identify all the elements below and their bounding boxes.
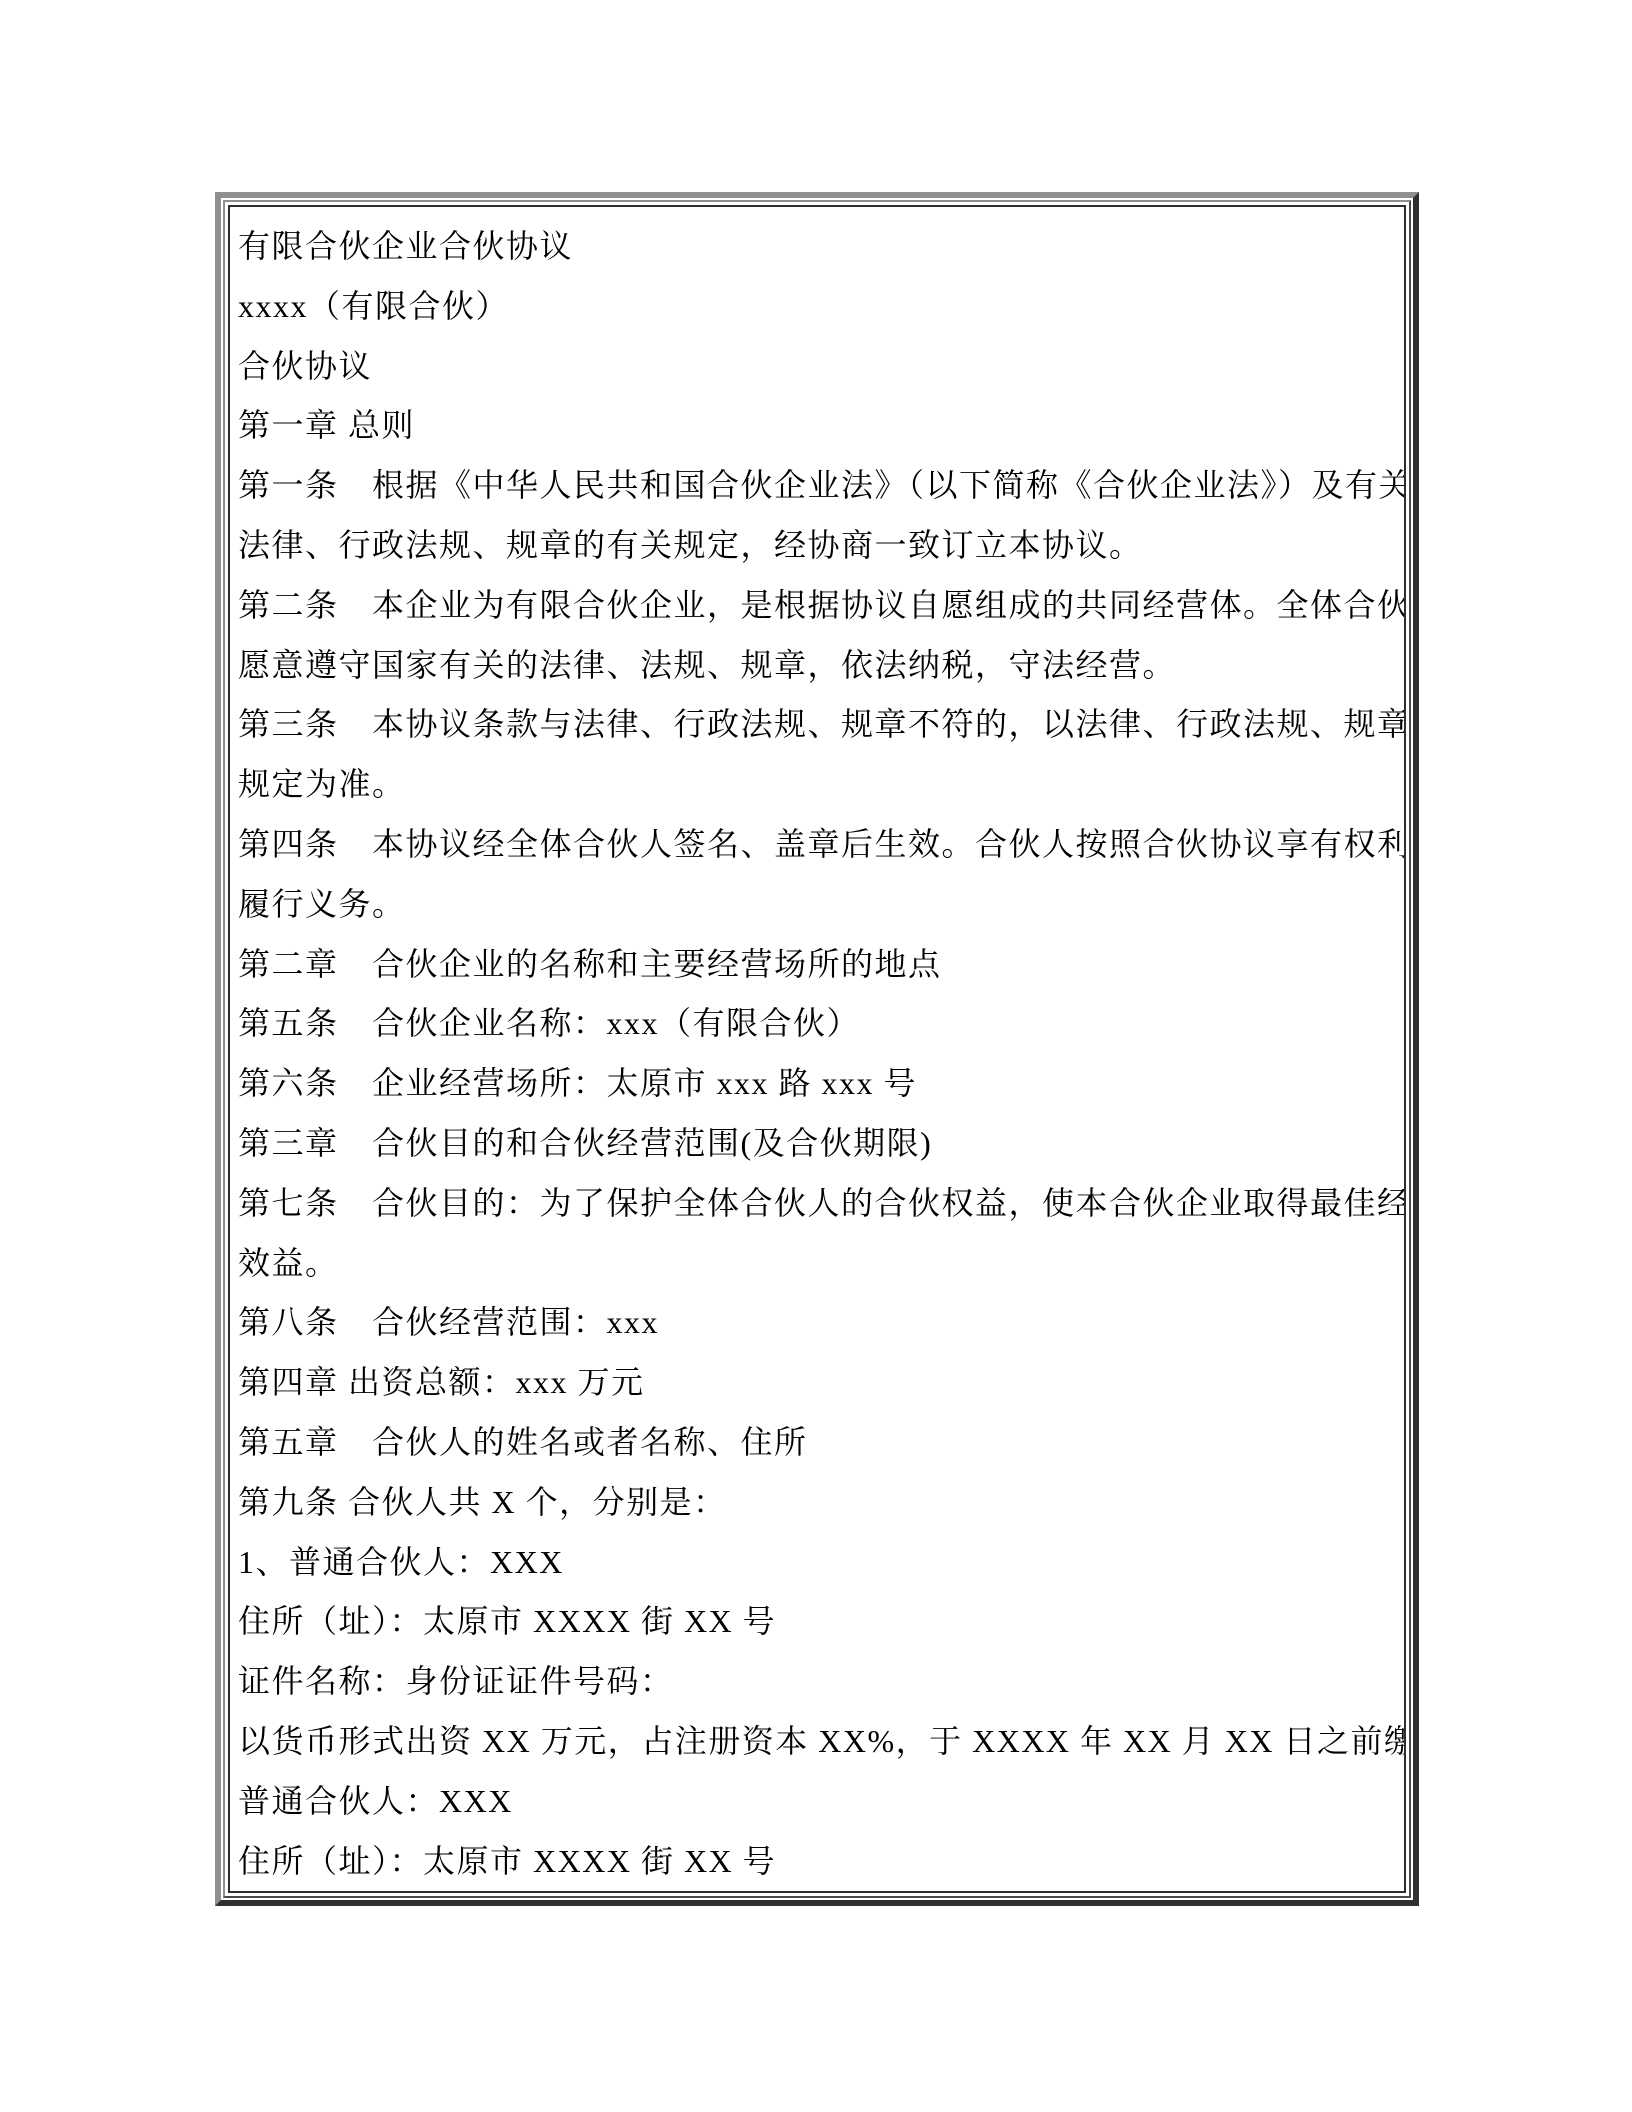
text-line: 以货币形式出资 XX 万元，占注册资本 XX%，于 XXXX 年 XX 月 XX… [238,1712,1398,1772]
document-title: 有限合伙企业合伙协议 [238,217,1398,277]
text-line: xxxx（有限合伙） [238,277,1398,337]
document-frame-outer: 有限合伙企业合伙协议xxxx（有限合伙）合伙协议第一章 总则第一条 根据《中华人… [215,192,1419,1906]
text-line: 第五条 合伙企业名称：xxx（有限合伙） [238,994,1398,1054]
text-line: 第九条 合伙人共 X 个，分别是： [238,1473,1398,1533]
text-line: 第一章 总则 [238,396,1398,456]
text-line: 第二章 合伙企业的名称和主要经营场所的地点 [238,935,1398,995]
text-line: 法律、行政法规、规章的有关规定，经协商一致订立本协议。 [238,516,1398,576]
text-line: 第六条 企业经营场所：太原市 xxx 路 xxx 号 [238,1054,1398,1114]
text-line: 效益。 [238,1234,1398,1294]
document-page: 有限合伙企业合伙协议xxxx（有限合伙）合伙协议第一章 总则第一条 根据《中华人… [0,0,1632,2112]
document-body: 有限合伙企业合伙协议xxxx（有限合伙）合伙协议第一章 总则第一条 根据《中华人… [228,205,1406,1893]
text-line: 住所（址）：太原市 XXXX 街 XX 号 [238,1832,1398,1892]
text-line: 第二条 本企业为有限合伙企业，是根据协议自愿组成的共同经营体。全体合伙人 [238,576,1398,636]
text-line: 第五章 合伙人的姓名或者名称、住所 [238,1413,1398,1473]
text-line: 第一条 根据《中华人民共和国合伙企业法》（以下简称《合伙企业法》）及有关 [238,456,1398,516]
text-line: 住所（址）：太原市 XXXX 街 XX 号 [238,1592,1398,1652]
text-line: 第四条 本协议经全体合伙人签名、盖章后生效。合伙人按照合伙协议享有权利， [238,815,1398,875]
text-line: 履行义务。 [238,875,1398,935]
text-line: 第四章 出资总额：xxx 万元 [238,1353,1398,1413]
text-line: 1、普通合伙人：XXX [238,1533,1398,1593]
text-line: 证件名称：身份证证件号码： [238,1652,1398,1712]
text-line: 合伙协议 [238,337,1398,397]
text-line: 第三条 本协议条款与法律、行政法规、规章不符的，以法律、行政法规、规章的 [238,695,1398,755]
text-line: 第八条 合伙经营范围：xxx [238,1293,1398,1353]
document-frame-middle: 有限合伙企业合伙协议xxxx（有限合伙）合伙协议第一章 总则第一条 根据《中华人… [223,200,1411,1898]
text-line: 第七条 合伙目的：为了保护全体合伙人的合伙权益，使本合伙企业取得最佳经济 [238,1174,1398,1234]
text-line: 规定为准。 [238,755,1398,815]
text-line: 普通合伙人：XXX [238,1772,1398,1832]
text-line: 愿意遵守国家有关的法律、法规、规章，依法纳税，守法经营。 [238,636,1398,696]
text-line: 第三章 合伙目的和合伙经营范围(及合伙期限) [238,1114,1398,1174]
